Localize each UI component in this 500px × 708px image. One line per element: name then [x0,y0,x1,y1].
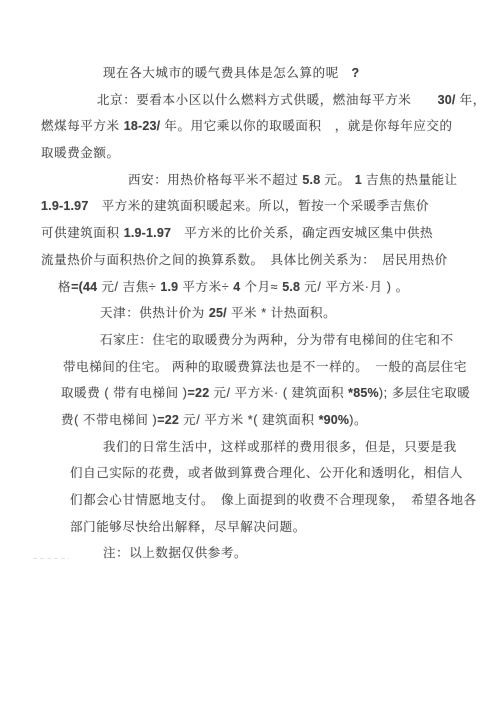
text-segment: 现在各大城市的暖气费具体是怎么算的呢 [103,66,339,80]
text-line: 燃煤每平方米 18-23/ 年。用它乘以你的取暖面积 ，就是你每年应交的 [0,113,500,140]
text-segment: 石家庄：住宅的取暖费分为两种，分为带有电梯间的住宅和不 [100,333,454,347]
text-segment: 天津：供热计价为 [100,306,209,320]
text-segment: 燃煤每平方米 [41,119,124,133]
text-segment-number: *90% [319,413,350,427]
text-segment: ); 多层住宅取暖 [379,386,471,400]
text-line: 取暖费金额。 [0,140,500,167]
text-line: 北京：要看本小区以什么燃料方式供暖，燃油每平方米 30/ 年， [0,87,500,114]
text-segment-number: ? [339,66,360,80]
text-segment: 元/ 吉焦÷ [97,280,160,294]
text-segment-number: 1.9-1.97 [124,226,171,240]
text-segment: 可供建筑面积 [41,226,124,240]
text-segment-number: 1 [355,173,362,187]
text-segment-number: =(44 [71,280,97,294]
text-line: 我们的日常生活中，这样或那样的费用很多，但是，只要是我 [0,434,500,461]
text-segment: 元/ 平方米 *( 建筑面积 [179,413,318,427]
text-segment-number: 1.9-1.97 [41,199,88,213]
text-segment: 费( 不带电梯间 ) [61,413,157,427]
text-line: 们都会心甘情愿地支付。 像上面提到的收费不合理现象， 希望各地各 [0,487,500,514]
text-line: 费( 不带电梯间 )=22 元/ 平方米 *( 建筑面积 *90%)。 [0,407,500,434]
text-line: 注：以上数据仅供参考。 [0,540,500,567]
text-segment-number: 25/ [209,306,227,320]
text-segment: 我们的日常生活中，这样或那样的费用很多，但是，只要是我 [103,440,457,454]
text-segment: 流量热价与面积热价之间的换算系数。 具体比例关系为： 居民用热价 [41,253,448,267]
text-segment: 元/ 平方米· ( 建筑面积 [209,386,348,400]
text-segment: 年， [456,93,486,107]
scan-artifact-dash [33,558,69,559]
text-segment-number: 1.9 [160,280,178,294]
text-segment: 们都会心甘情愿地支付。 像上面提到的收费不合理现象， 希望各地各 [70,493,477,507]
text-line: 石家庄：住宅的取暖费分为两种，分为带有电梯间的住宅和不 [0,327,500,354]
text-line: 现在各大城市的暖气费具体是怎么算的呢 ? [0,60,500,87]
text-line: 天津：供热计价为 25/ 平米 * 计热面积。 [0,300,500,327]
text-line: 可供建筑面积 1.9-1.97 平方米的比价关系，确定西安城区集中供热 [0,220,500,247]
text-segment-number: *85% [348,386,379,400]
text-segment: 平方米的建筑面积暖起来。所以，暂按一个采暖季吉焦价 [88,199,429,213]
text-line: 1.9-1.97 平方米的建筑面积暖起来。所以，暂按一个采暖季吉焦价 [0,193,500,220]
text-segment: 平方米的比价关系，确定西安城区集中供热 [171,226,433,240]
text-segment: 们自己实际的花费，或者做到算费合理化、公开化和透明化，相信人 [70,466,463,480]
text-segment: 格 [58,280,71,294]
text-line: 们自己实际的花费，或者做到算费合理化、公开化和透明化，相信人 [0,460,500,487]
text-segment: 部门能够尽快给出解释，尽早解决问题。 [70,520,306,534]
text-segment: 注：以上数据仅供参考。 [103,546,247,560]
text-segment-number: 18-23/ [124,119,161,133]
text-segment: 取暖费 ( 带有电梯间 ) [61,386,188,400]
text-segment: 北京：要看本小区以什么燃料方式供暖，燃油每平方米 [97,93,438,107]
text-segment: 个月≈ [240,280,282,294]
text-segment: 吉焦的热量能让 [362,173,458,187]
text-line: 西安：用热价格每平米不超过 5.8 元。 1 吉焦的热量能让 [0,167,500,194]
text-segment-number: 5.8 [282,280,300,294]
text-segment: 平方米÷ [178,280,233,294]
document-text-block: 现在各大城市的暖气费具体是怎么算的呢 ?北京：要看本小区以什么燃料方式供暖，燃油… [0,60,500,567]
text-segment: 元。 [320,173,354,187]
text-line: 流量热价与面积热价之间的换算系数。 具体比例关系为： 居民用热价 [0,247,500,274]
text-segment-number: =22 [157,413,179,427]
text-line: 格=(44 元/ 吉焦÷ 1.9 平方米÷ 4 个月≈ 5.8 元/ 平方米·月… [0,274,500,301]
text-segment: 取暖费金额。 [41,146,120,160]
text-segment: )。 [349,413,367,427]
text-segment: 平米 * 计热面积。 [227,306,336,320]
document-page: 现在各大城市的暖气费具体是怎么算的呢 ?北京：要看本小区以什么燃料方式供暖，燃油… [0,0,500,708]
text-segment: 西安：用热价格每平米不超过 [128,173,302,187]
text-segment-number: 5.8 [302,173,320,187]
text-line: 带电梯间的住宅。 两种的取暖费算法也是不一样的。 一般的高层住宅 [0,354,500,381]
text-line: 部门能够尽快给出解释，尽早解决问题。 [0,514,500,541]
text-segment: 带电梯间的住宅。 两种的取暖费算法也是不一样的。 一般的高层住宅 [63,360,467,374]
text-segment-number: 30/ [438,93,456,107]
text-segment: 年。用它乘以你的取暖面积 ，就是你每年应交的 [160,119,452,133]
text-line: 取暖费 ( 带有电梯间 )=22 元/ 平方米· ( 建筑面积 *85%); 多… [0,380,500,407]
text-segment: 元/ 平方米·月 ) 。 [300,280,409,294]
text-segment-number: =22 [188,386,210,400]
